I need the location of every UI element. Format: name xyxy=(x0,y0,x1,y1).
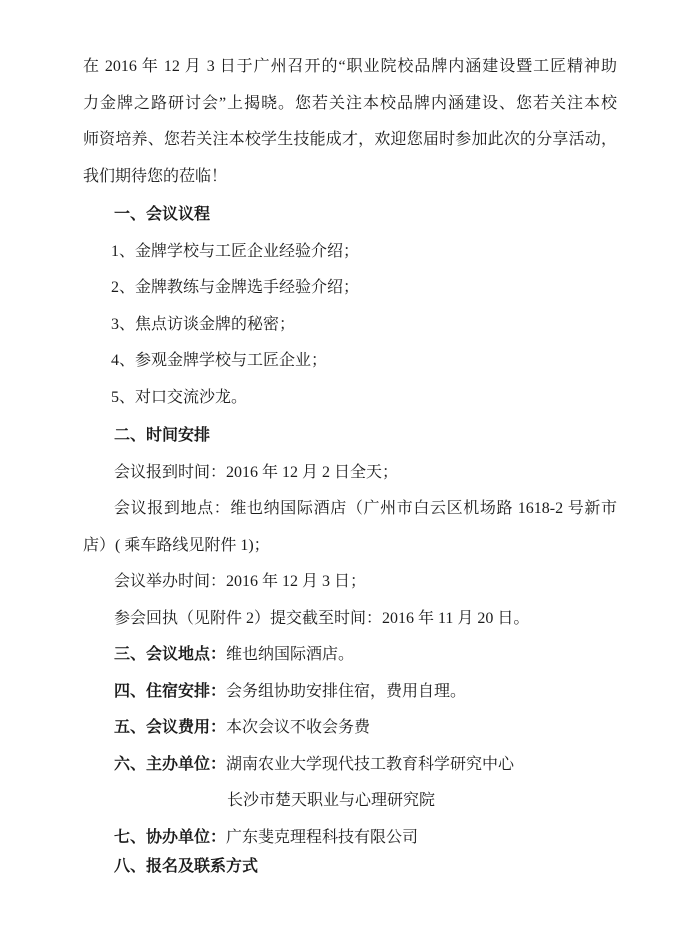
accommodation-label: 四、住宿安排： xyxy=(114,683,226,700)
checkin-time-line: 会议报到时间：2016 年 12 月 2 日全天； xyxy=(83,455,617,492)
cohost-text: 广东斐克理程科技有限公司 xyxy=(226,829,418,846)
checkin-place-line: 会议报到地点：维也纳国际酒店（广州市白云区机场路 1618-2 号新市 xyxy=(83,491,617,528)
intro-line: 力金牌之路研讨会”上揭晓。您若关注本校品牌内涵建设、您若关注本校 xyxy=(83,86,617,123)
host-text: 湖南农业大学现代技工教育科学研究中心 xyxy=(226,756,514,773)
document-page: 在 2016 年 12 月 3 日于广州召开的“职业院校品牌内涵建设暨工匠精神助… xyxy=(0,0,700,946)
meeting-time-line: 会议举办时间：2016 年 12 月 3 日； xyxy=(83,564,617,601)
host-label: 六、主办单位： xyxy=(114,756,226,773)
intro-line: 在 2016 年 12 月 3 日于广州召开的“职业院校品牌内涵建设暨工匠精神助 xyxy=(83,49,617,86)
agenda-item: 3、焦点访谈金牌的秘密； xyxy=(83,307,617,344)
reply-deadline-line: 参会回执（见附件 2）提交截至时间：2016 年 11 月 20 日。 xyxy=(83,601,617,638)
accommodation-text: 会务组协助安排住宿，费用自理。 xyxy=(226,683,466,700)
agenda-item: 1、金牌学校与工匠企业经验介绍； xyxy=(83,234,617,271)
fee-text: 本次会议不收会务费 xyxy=(226,719,370,736)
intro-line: 我们期待您的莅临！ xyxy=(83,159,617,196)
agenda-item: 4、参观金牌学校与工匠企业； xyxy=(83,343,617,380)
host-line: 六、主办单位：湖南农业大学现代技工教育科学研究中心 xyxy=(83,747,617,784)
intro-line: 师资培养、您若关注本校学生技能成才，欢迎您届时参加此次的分享活动， xyxy=(83,122,617,159)
venue-text: 维也纳国际酒店。 xyxy=(226,646,354,663)
section-heading-agenda: 一、会议议程 xyxy=(83,197,617,234)
intro-paragraph: 在 2016 年 12 月 3 日于广州召开的“职业院校品牌内涵建设暨工匠精神助… xyxy=(83,49,617,195)
fee-line: 五、会议费用：本次会议不收会务费 xyxy=(83,710,617,747)
agenda-item: 2、金牌教练与金牌选手经验介绍； xyxy=(83,270,617,307)
checkin-place-paragraph: 会议报到地点：维也纳国际酒店（广州市白云区机场路 1618-2 号新市 店）( … xyxy=(83,491,617,564)
agenda-item: 5、对口交流沙龙。 xyxy=(83,380,617,417)
accommodation-line: 四、住宿安排：会务组协助安排住宿，费用自理。 xyxy=(83,674,617,711)
venue-line: 三、会议地点：维也纳国际酒店。 xyxy=(83,637,617,674)
host-line-2: 长沙市楚天职业与心理研究院 xyxy=(83,783,617,820)
venue-label: 三、会议地点： xyxy=(114,646,226,663)
checkin-place-line: 店）( 乘车路线见附件 1)； xyxy=(83,528,617,565)
section-heading-schedule: 二、时间安排 xyxy=(83,418,617,455)
cohost-label: 七、协办单位： xyxy=(114,829,226,846)
fee-label: 五、会议费用： xyxy=(114,719,226,736)
